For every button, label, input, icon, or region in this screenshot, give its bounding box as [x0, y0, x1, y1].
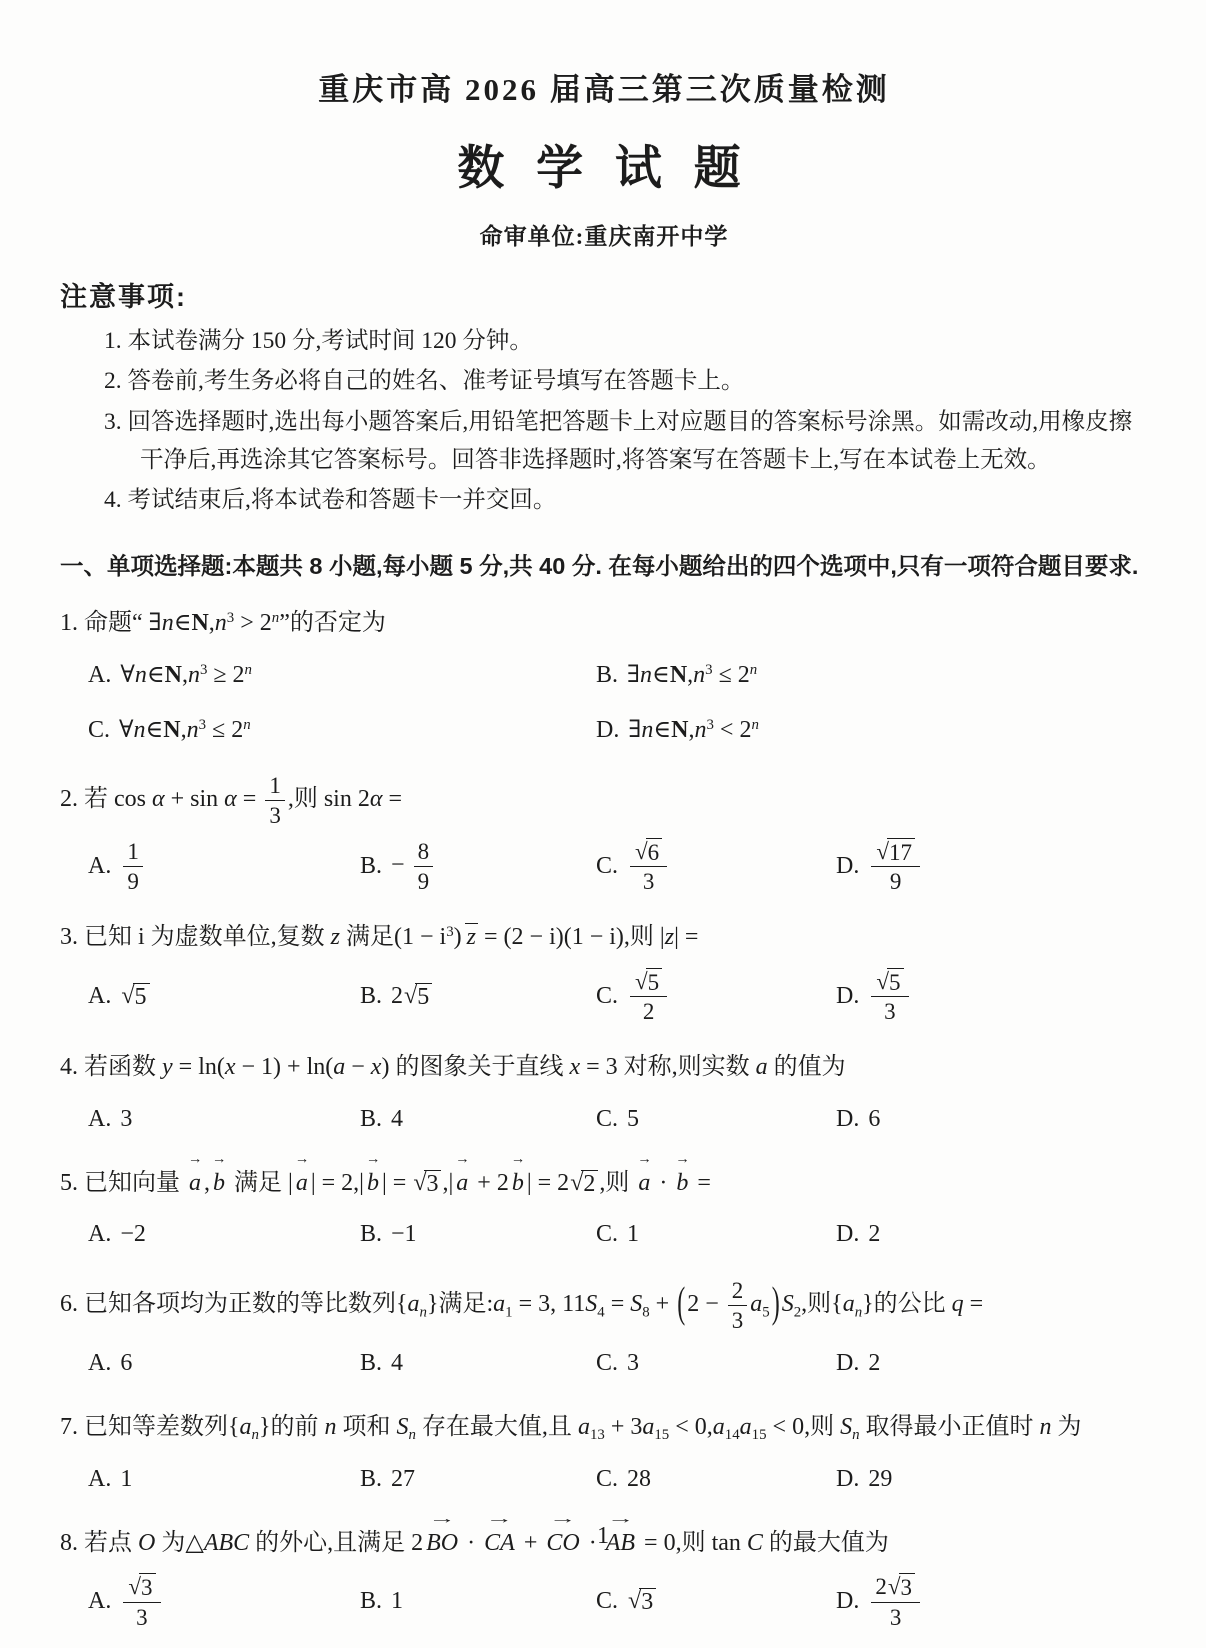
option-value: 6: [868, 1098, 880, 1141]
notice-item: 3. 回答选择题时,选出每小题答案后,用铅笔把答题卡上对应题目的答案标号涂黑。如…: [60, 403, 1148, 480]
option-label: A.: [88, 975, 111, 1018]
option-label: C.: [596, 1342, 618, 1385]
option-label: B.: [360, 1098, 382, 1141]
option: B.4: [360, 1098, 596, 1141]
vector-arrow-notation: →b: [675, 1161, 689, 1205]
option-label: B.: [360, 845, 382, 888]
option-value: 1: [391, 1580, 403, 1623]
option: B.1: [360, 1573, 596, 1631]
options-row: A.19B.− 89C.√63D.√179: [60, 838, 1148, 896]
option: D.2: [836, 1213, 1148, 1256]
option: D.2√33: [836, 1573, 1148, 1631]
question: 6. 已知各项均为正数的等比数列{an}满足:a1 = 3, 11S4 = S8…: [60, 1277, 1148, 1386]
option-label: A.: [88, 845, 111, 888]
option: B.−1: [360, 1213, 596, 1256]
option: C.√63: [596, 838, 836, 896]
option: B.27: [360, 1458, 596, 1501]
section-heading: 一、单项选择题:本题共 8 小题,每小题 5 分,共 40 分. 在每小题给出的…: [60, 547, 1148, 581]
option-label: D.: [836, 845, 859, 888]
option-value: √52: [627, 968, 670, 1026]
options-row: A.3B.4C.5D.6: [60, 1098, 1148, 1141]
question-stem: 1. 命题“ ∃n∈N,n3 > 2n”的否定为: [60, 601, 1148, 645]
vector-arrow-notation: →b: [511, 1161, 525, 1205]
option-value: ∃n∈N,n3 ≤ 2n: [627, 654, 757, 697]
option-label: C.: [596, 845, 618, 888]
option-value: 5: [627, 1098, 639, 1141]
option-label: B.: [360, 1213, 382, 1256]
option-value: 4: [391, 1098, 403, 1141]
option: A.3: [88, 1098, 360, 1141]
options-row: A.√33B.1C.√3D.2√33: [60, 1573, 1148, 1631]
option-label: C.: [596, 1580, 618, 1623]
option-value: 28: [627, 1458, 651, 1501]
paper-title: 数 学 试 题: [60, 131, 1148, 198]
option-label: C.: [596, 1098, 618, 1141]
option-value: 1: [627, 1213, 639, 1256]
option-value: √63: [627, 838, 670, 896]
options-row: A.1B.27C.28D.29: [60, 1458, 1148, 1501]
vector-arrow-notation: →b: [366, 1161, 380, 1205]
option-value: ∀n∈N,n3 ≥ 2n: [120, 654, 252, 697]
option-label: D.: [836, 1213, 859, 1256]
option-value: √5: [120, 975, 150, 1018]
question: 1. 命题“ ∃n∈N,n3 > 2n”的否定为A.∀n∈N,n3 ≥ 2nB.…: [60, 601, 1148, 752]
vector-arrow-notation: →a: [455, 1161, 469, 1205]
option-value: −2: [120, 1213, 146, 1256]
options-row: A.√5B.2√5C.√52D.√53: [60, 968, 1148, 1026]
option-value: √3: [627, 1580, 657, 1623]
option-value: 3: [120, 1098, 132, 1141]
option-value: ∀n∈N,n3 ≤ 2n: [119, 709, 251, 752]
vector-arrow-notation: →a: [295, 1161, 309, 1205]
option: A.−2: [88, 1213, 360, 1256]
question-stem: 6. 已知各项均为正数的等比数列{an}满足:a1 = 3, 11S4 = S8…: [60, 1277, 1148, 1334]
option-value: 2√33: [868, 1573, 923, 1631]
option: A.1: [88, 1458, 360, 1501]
option-label: B.: [360, 1458, 382, 1501]
option-label: A.: [88, 654, 111, 697]
option-label: A.: [88, 1458, 111, 1501]
question-stem: 2. 若 cos α + sin α = 13,则 sin 2α =: [60, 772, 1148, 829]
option: D.29: [836, 1458, 1148, 1501]
option: A.√33: [88, 1573, 360, 1631]
option-value: 2√5: [391, 975, 433, 1018]
question: 4. 若函数 y = ln(x − 1) + ln(a − x) 的图象关于直线…: [60, 1045, 1148, 1141]
option-value: 29: [868, 1458, 892, 1501]
option: C.1: [596, 1213, 836, 1256]
option: C.5: [596, 1098, 836, 1141]
option-label: C.: [596, 975, 618, 1018]
exam-paper-page: 重庆市高 2026 届高三第三次质量检测 数 学 试 题 命审单位:重庆南开中学…: [0, 0, 1206, 1648]
option: A.∀n∈N,n3 ≥ 2n: [88, 654, 596, 697]
option-label: A.: [88, 1213, 111, 1256]
notice-heading: 注意事项:: [60, 275, 1148, 314]
question: 5. 已知向量 →a,→b 满足 |→a| = 2,|→b| = √3,|→a …: [60, 1161, 1148, 1257]
option-label: D.: [836, 975, 859, 1018]
option-value: 19: [120, 838, 146, 895]
option-value: ∃n∈N,n3 < 2n: [628, 709, 759, 752]
notice-list: 1. 本试卷满分 150 分,考试时间 120 分钟。2. 答卷前,考生务必将自…: [60, 322, 1148, 519]
option: B.2√5: [360, 968, 596, 1026]
notice-item: 4. 考试结束后,将本试卷和答题卡一并交回。: [60, 481, 1148, 519]
option: D.√179: [836, 838, 1148, 896]
option: C.√3: [596, 1573, 836, 1631]
exam-title: 重庆市高 2026 届高三第三次质量检测: [60, 64, 1148, 109]
option-value: √53: [868, 968, 911, 1026]
question-stem: 4. 若函数 y = ln(x − 1) + ln(a − x) 的图象关于直线…: [60, 1045, 1148, 1089]
issuing-unit: 命审单位:重庆南开中学: [60, 218, 1148, 251]
option-value: 27: [391, 1458, 415, 1501]
option: D.√53: [836, 968, 1148, 1026]
option: C.28: [596, 1458, 836, 1501]
notice-item: 1. 本试卷满分 150 分,考试时间 120 分钟。: [60, 322, 1148, 360]
option-value: 4: [391, 1342, 403, 1385]
option: A.6: [88, 1342, 360, 1385]
option-value: 1: [120, 1458, 132, 1501]
option: D.∃n∈N,n3 < 2n: [596, 709, 1148, 752]
option-label: B.: [360, 975, 382, 1018]
option: B.− 89: [360, 838, 596, 896]
option-value: 3: [627, 1342, 639, 1385]
option-value: √179: [868, 838, 923, 896]
options-row: A.−2B.−1C.1D.2: [60, 1213, 1148, 1256]
option-label: D.: [836, 1580, 859, 1623]
option: A.√5: [88, 968, 360, 1026]
option: D.2: [836, 1342, 1148, 1385]
option: B.4: [360, 1342, 596, 1385]
option-value: −1: [391, 1213, 417, 1256]
option-value: 2: [868, 1342, 880, 1385]
option-label: C.: [596, 1458, 618, 1501]
option: D.6: [836, 1098, 1148, 1141]
option-label: A.: [88, 1580, 111, 1623]
option-label: D.: [836, 1458, 859, 1501]
option: C.∀n∈N,n3 ≤ 2n: [88, 709, 596, 752]
question-stem: 5. 已知向量 →a,→b 满足 |→a| = 2,|→b| = √3,|→a …: [60, 1161, 1148, 1205]
options-row: A.∀n∈N,n3 ≥ 2nB.∃n∈N,n3 ≤ 2nC.∀n∈N,n3 ≤ …: [60, 654, 1148, 752]
option-label: B.: [596, 654, 618, 697]
conjugate-bar-notation: z: [465, 923, 478, 950]
question-stem: 7. 已知等差数列{an}的前 n 项和 Sn 存在最大值,且 a13 + 3a…: [60, 1405, 1148, 1449]
option-label: A.: [88, 1342, 111, 1385]
option-value: √33: [120, 1573, 163, 1631]
option-label: D.: [836, 1342, 859, 1385]
vector-arrow-notation: →b: [212, 1161, 226, 1205]
option-label: A.: [88, 1098, 111, 1141]
question-stem: 3. 已知 i 为虚数单位,复数 z 满足(1 − i3)z = (2 − i)…: [60, 915, 1148, 959]
notice-item: 2. 答卷前,考生务必将自己的姓名、准考证号填写在答题卡上。: [60, 362, 1148, 400]
option-label: D.: [596, 709, 619, 752]
option: A.19: [88, 838, 360, 896]
option-value: − 89: [391, 838, 436, 895]
questions: 1. 命题“ ∃n∈N,n3 > 2n”的否定为A.∀n∈N,n3 ≥ 2nB.…: [60, 601, 1148, 1630]
option-label: B.: [360, 1580, 382, 1623]
option: B.∃n∈N,n3 ≤ 2n: [596, 654, 1148, 697]
vector-arrow-notation: →a: [637, 1161, 651, 1205]
question: 2. 若 cos α + sin α = 13,则 sin 2α =A.19B.…: [60, 772, 1148, 895]
option-label: C.: [596, 1213, 618, 1256]
vector-arrow-notation: →a: [188, 1161, 202, 1205]
question: 7. 已知等差数列{an}的前 n 项和 Sn 存在最大值,且 a13 + 3a…: [60, 1405, 1148, 1501]
options-row: A.6B.4C.3D.2: [60, 1342, 1148, 1385]
option: C.3: [596, 1342, 836, 1385]
option-label: D.: [836, 1098, 859, 1141]
question: 3. 已知 i 为虚数单位,复数 z 满足(1 − i3)z = (2 − i)…: [60, 915, 1148, 1025]
option-value: 6: [120, 1342, 132, 1385]
option-value: 2: [868, 1213, 880, 1256]
option: C.√52: [596, 968, 836, 1026]
option-label: B.: [360, 1342, 382, 1385]
page-number: 1: [0, 1523, 1206, 1550]
option-label: C.: [88, 709, 110, 752]
